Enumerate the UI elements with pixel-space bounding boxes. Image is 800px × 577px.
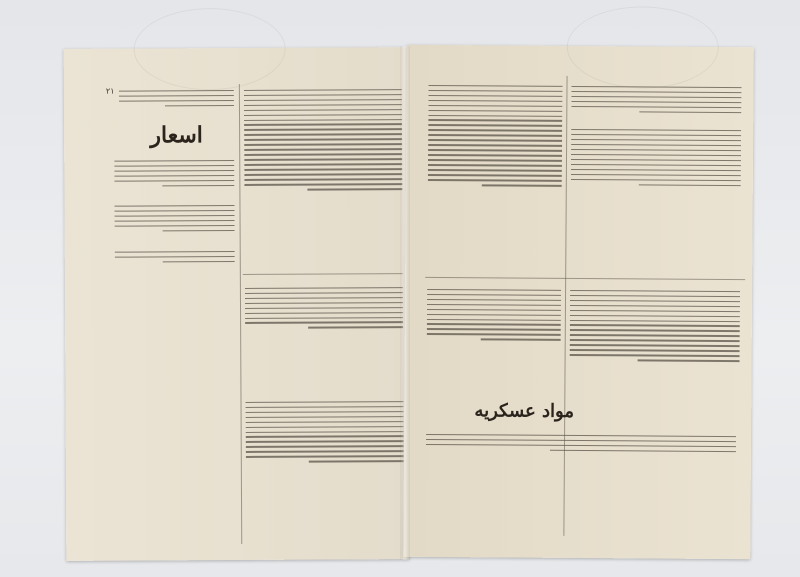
stain-arc — [566, 6, 719, 89]
center-fold — [400, 46, 410, 560]
middle-column-text-2 — [245, 283, 403, 332]
middle-column-text — [244, 85, 403, 194]
section-rule — [243, 273, 403, 275]
column-rule — [563, 76, 567, 536]
section-rule — [425, 277, 745, 280]
right-page-col1-text — [428, 81, 563, 190]
right-page-col2-lower-text — [570, 286, 741, 366]
left-newspaper-page: ٢١ اسعار — [64, 47, 410, 561]
stain-arc — [133, 8, 285, 91]
right-newspaper-page: مواد عسكريه — [403, 45, 754, 559]
column-rule — [239, 84, 242, 544]
right-page-col2-text — [571, 82, 742, 190]
right-page-col1-lower-text — [427, 285, 561, 344]
section-heading: مواد عسكريه — [444, 400, 604, 422]
middle-column-text-3 — [245, 397, 403, 466]
right-page-bottom-text — [426, 430, 736, 456]
section-heading: اسعار — [119, 122, 234, 149]
page-number: ٢١ — [106, 87, 115, 96]
left-column-paragraph — [114, 156, 235, 266]
left-column-top-text — [119, 86, 234, 110]
